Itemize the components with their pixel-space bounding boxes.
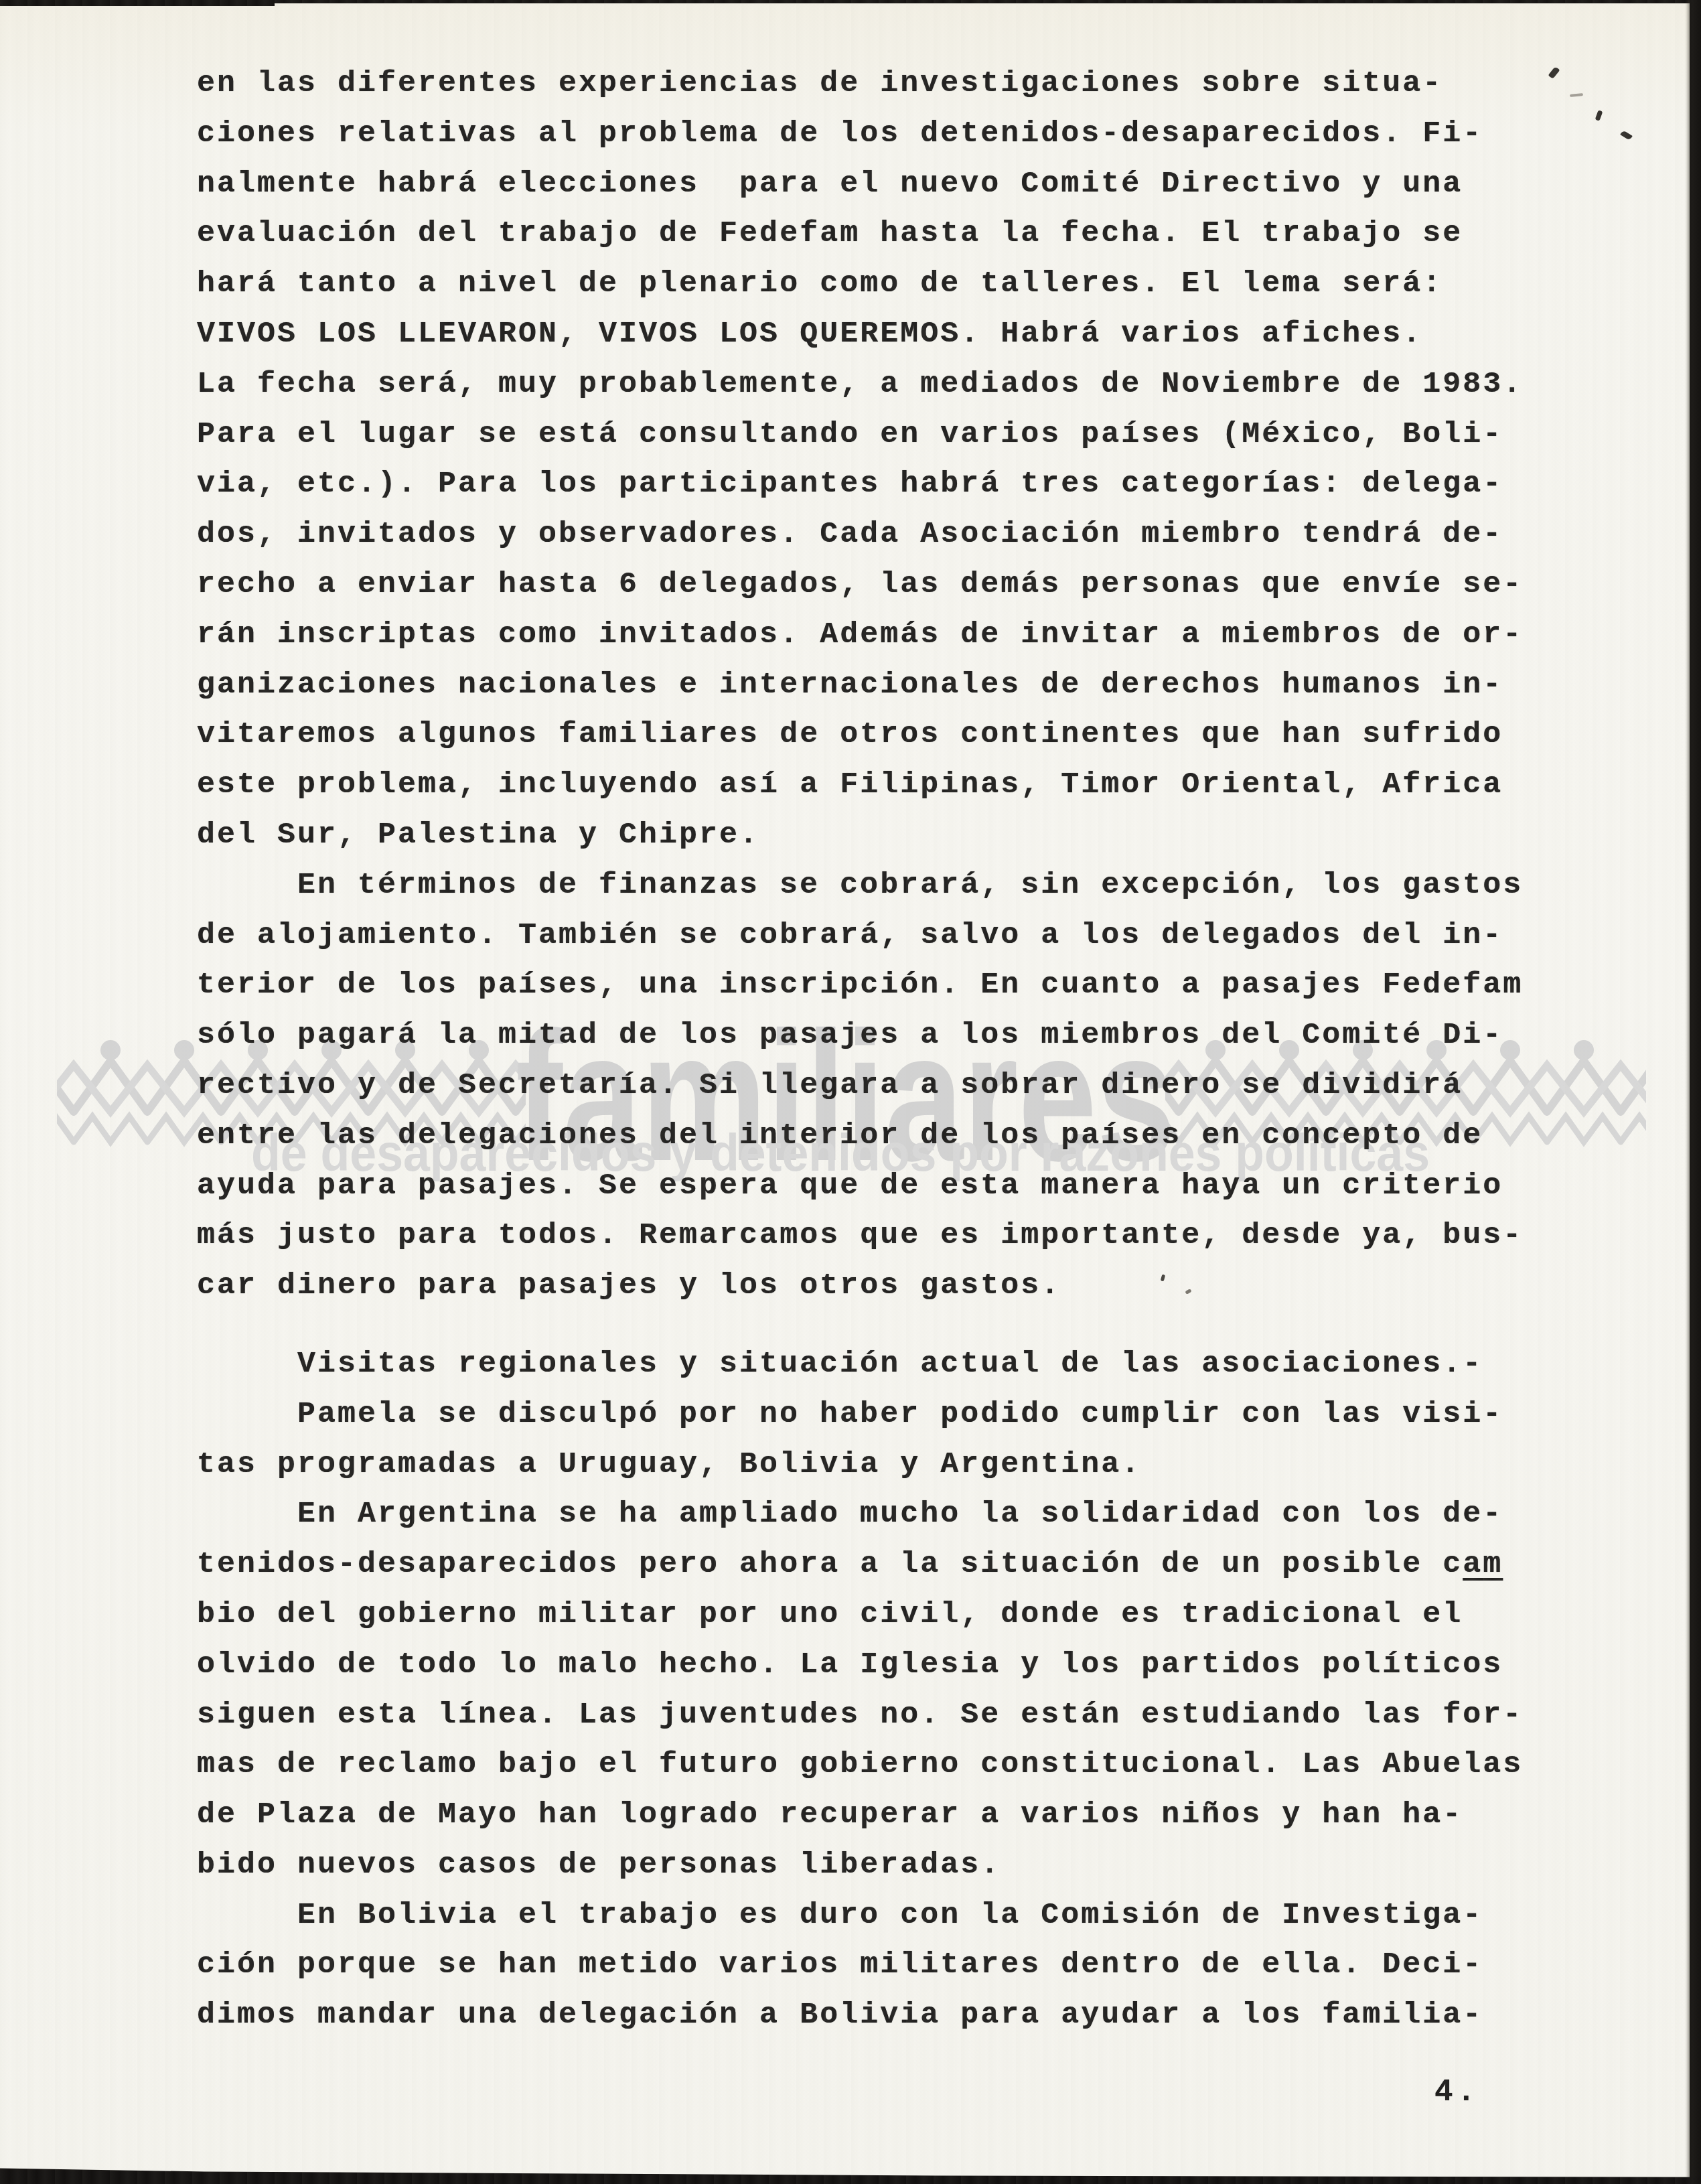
typed-line: vitaremos algunos familiares de otros co… (197, 710, 1603, 760)
typed-line: via, etc.). Para los participantes habrá… (197, 459, 1603, 510)
typed-line: en las diferentes experiencias de invest… (197, 59, 1603, 109)
scan-edge-right (1690, 0, 1701, 2184)
typed-line: rán inscriptas como invitados. Además de… (197, 610, 1603, 660)
typed-line: bido nuevos casos de personas liberadas. (197, 1840, 1603, 1891)
typed-line: evaluación del trabajo de Fedefam hasta … (197, 209, 1603, 259)
typed-line: Visitas regionales y situación actual de… (197, 1339, 1603, 1390)
typed-line: En Argentina se ha ampliado mucho la sol… (197, 1489, 1603, 1540)
typed-line: En términos de finanzas se cobrará, sin … (197, 861, 1603, 911)
typed-line: de Plaza de Mayo han logrado recuperar a… (197, 1790, 1603, 1840)
typed-line: Pamela se disculpó por no haber podido c… (197, 1390, 1603, 1440)
typed-line: car dinero para pasajes y los otros gast… (197, 1261, 1603, 1311)
typed-line: terior de los países, una inscripción. E… (197, 960, 1603, 1011)
page-number: 4. (1434, 2075, 1479, 2110)
typed-line: sólo pagará la mitad de los pasajes a lo… (197, 1011, 1603, 1061)
typed-line: bio del gobierno militar por uno civil, … (197, 1590, 1603, 1640)
typed-line: ción porque se han metido varios militar… (197, 1940, 1603, 1990)
typed-line: mas de reclamo bajo el futuro gobierno c… (197, 1740, 1603, 1790)
typed-line: entre las delegaciones del interior de l… (197, 1111, 1603, 1161)
scan-edge-bottom (0, 2164, 1701, 2184)
typed-line: En Bolivia el trabajo es duro con la Com… (197, 1891, 1603, 1941)
typed-line: VIVOS LOS LLEVARON, VIVOS LOS QUEREMOS. … (197, 309, 1603, 360)
scan-edge-top-left (0, 0, 275, 6)
typed-line: recho a enviar hasta 6 delegados, las de… (197, 560, 1603, 610)
typed-line: hará tanto a nivel de plenario como de t… (197, 259, 1603, 309)
typed-line: este problema, incluyendo así a Filipina… (197, 760, 1603, 810)
typed-line: de alojamiento. También se cobrará, salv… (197, 911, 1603, 961)
typed-line: La fecha será, muy probablemente, a medi… (197, 360, 1603, 410)
typed-text: en las diferentes experiencias de invest… (197, 59, 1603, 2041)
scanned-document-page: familiares de desaparecidos y detenidos … (0, 0, 1701, 2184)
typed-line: rectivo y de Secretaría. Si llegara a so… (197, 1061, 1603, 1111)
typed-line: tenidos-desaparecidos pero ahora a la si… (197, 1540, 1603, 1590)
typed-line: del Sur, Palestina y Chipre. (197, 810, 1603, 861)
typed-line: olvido de todo lo malo hecho. La Iglesia… (197, 1640, 1603, 1690)
typed-line: Para el lugar se está consultando en var… (197, 410, 1603, 460)
typed-line: dimos mandar una delegación a Bolivia pa… (197, 1990, 1603, 2041)
typed-line: nalmente habrá elecciones para el nuevo … (197, 159, 1603, 210)
typed-line: tas programadas a Uruguay, Bolivia y Arg… (197, 1440, 1603, 1490)
typed-line: siguen esta línea. Las juventudes no. Se… (197, 1690, 1603, 1741)
typed-line: ciones relativas al problema de los dete… (197, 109, 1603, 159)
typed-line: ayuda para pasajes. Se espera que de est… (197, 1161, 1603, 1212)
pen-mark (1620, 130, 1633, 141)
typed-line: dos, invitados y observadores. Cada Asoc… (197, 510, 1603, 560)
typed-line: ganizaciones nacionales e internacionale… (197, 660, 1603, 711)
typed-line: más justo para todos. Remarcamos que es … (197, 1211, 1603, 1261)
